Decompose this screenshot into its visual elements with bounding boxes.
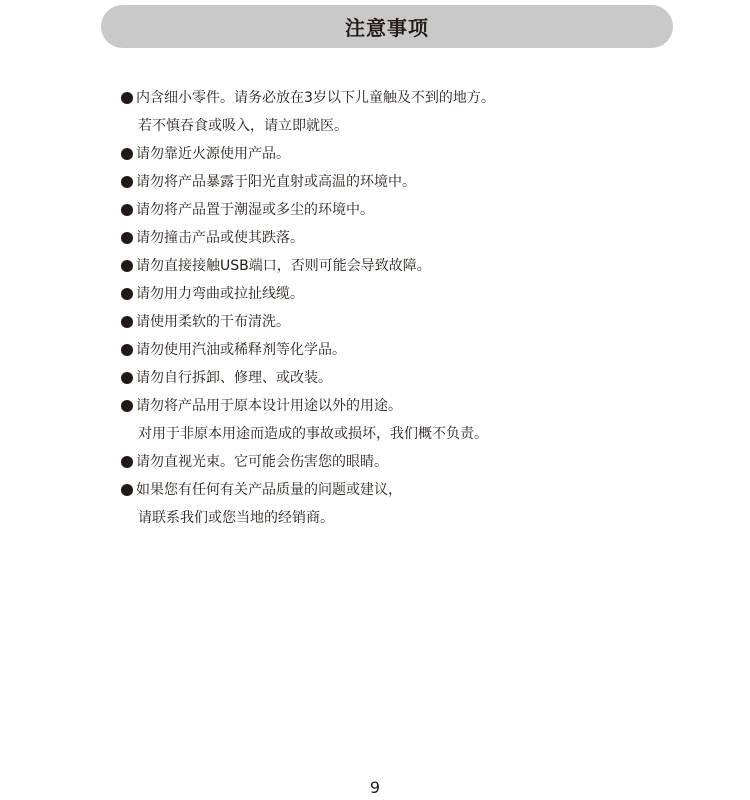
notice-text: 请联系我们或您当地的经销商。 <box>138 504 334 532</box>
section-title: 注意事项 <box>345 12 429 41</box>
notice-text: 如果您有任何有关产品质量的问题或建议， <box>136 476 402 504</box>
notice-item: 请勿直接接触USB端口，否则可能会导致故障。 <box>121 252 495 280</box>
bullet-icon <box>121 456 133 468</box>
notice-item: 请勿将产品暴露于阳光直射或高温的环境中。 <box>121 168 495 196</box>
notice-text: 对用于非原本用途而造成的事故或损坏，我们概不负责。 <box>138 420 488 448</box>
notice-item: 请勿直视光束。它可能会伤害您的眼睛。 <box>121 448 495 476</box>
notice-text: 请勿使用汽油或稀释剂等化学品。 <box>136 336 346 364</box>
bullet-icon <box>121 92 133 104</box>
notice-item: 请勿使用汽油或稀释剂等化学品。 <box>121 336 495 364</box>
notice-item: 请勿用力弯曲或拉扯线缆。 <box>121 280 495 308</box>
bullet-icon <box>121 344 133 356</box>
section-header-bar: 注意事项 <box>101 5 673 48</box>
notice-item: 请勿自行拆卸、修理、或改装。 <box>121 364 495 392</box>
page-number: 9 <box>0 778 750 797</box>
notice-text: 请勿将产品置于潮湿或多尘的环境中。 <box>136 196 374 224</box>
bullet-icon <box>121 288 133 300</box>
notice-text: 请勿自行拆卸、修理、或改装。 <box>136 364 332 392</box>
notice-list: 内含细小零件。请务必放在3岁以下儿童触及不到的地方。 若不慎吞食或吸入，请立即就… <box>121 84 495 532</box>
notice-text: 请勿直视光束。它可能会伤害您的眼睛。 <box>136 448 388 476</box>
notice-item: 请勿靠近火源使用产品。 <box>121 140 495 168</box>
notice-continuation: 对用于非原本用途而造成的事故或损坏，我们概不负责。 <box>121 420 495 448</box>
bullet-icon <box>121 176 133 188</box>
bullet-icon <box>121 400 133 412</box>
notice-item: 内含细小零件。请务必放在3岁以下儿童触及不到的地方。 <box>121 84 495 112</box>
bullet-icon <box>121 204 133 216</box>
bullet-icon <box>121 148 133 160</box>
notice-text: 请勿用力弯曲或拉扯线缆。 <box>136 280 304 308</box>
notice-text: 请勿撞击产品或使其跌落。 <box>136 224 304 252</box>
bullet-icon <box>121 260 133 272</box>
notice-item: 请勿将产品用于原本设计用途以外的用途。 <box>121 392 495 420</box>
notice-item: 请使用柔软的干布清洗。 <box>121 308 495 336</box>
bullet-icon <box>121 232 133 244</box>
notice-continuation: 若不慎吞食或吸入，请立即就医。 <box>121 112 495 140</box>
notice-item: 如果您有任何有关产品质量的问题或建议， <box>121 476 495 504</box>
bullet-icon <box>121 484 133 496</box>
notice-text: 内含细小零件。请务必放在3岁以下儿童触及不到的地方。 <box>136 84 495 112</box>
notice-text: 若不慎吞食或吸入，请立即就医。 <box>138 112 348 140</box>
notice-text: 请勿将产品暴露于阳光直射或高温的环境中。 <box>136 168 416 196</box>
notice-item: 请勿撞击产品或使其跌落。 <box>121 224 495 252</box>
notice-text: 请勿将产品用于原本设计用途以外的用途。 <box>136 392 402 420</box>
notice-text: 请使用柔软的干布清洗。 <box>136 308 290 336</box>
notice-text: 请勿直接接触USB端口，否则可能会导致故障。 <box>136 252 431 280</box>
notice-item: 请勿将产品置于潮湿或多尘的环境中。 <box>121 196 495 224</box>
notice-text: 请勿靠近火源使用产品。 <box>136 140 290 168</box>
bullet-icon <box>121 316 133 328</box>
notice-continuation: 请联系我们或您当地的经销商。 <box>121 504 495 532</box>
bullet-icon <box>121 372 133 384</box>
